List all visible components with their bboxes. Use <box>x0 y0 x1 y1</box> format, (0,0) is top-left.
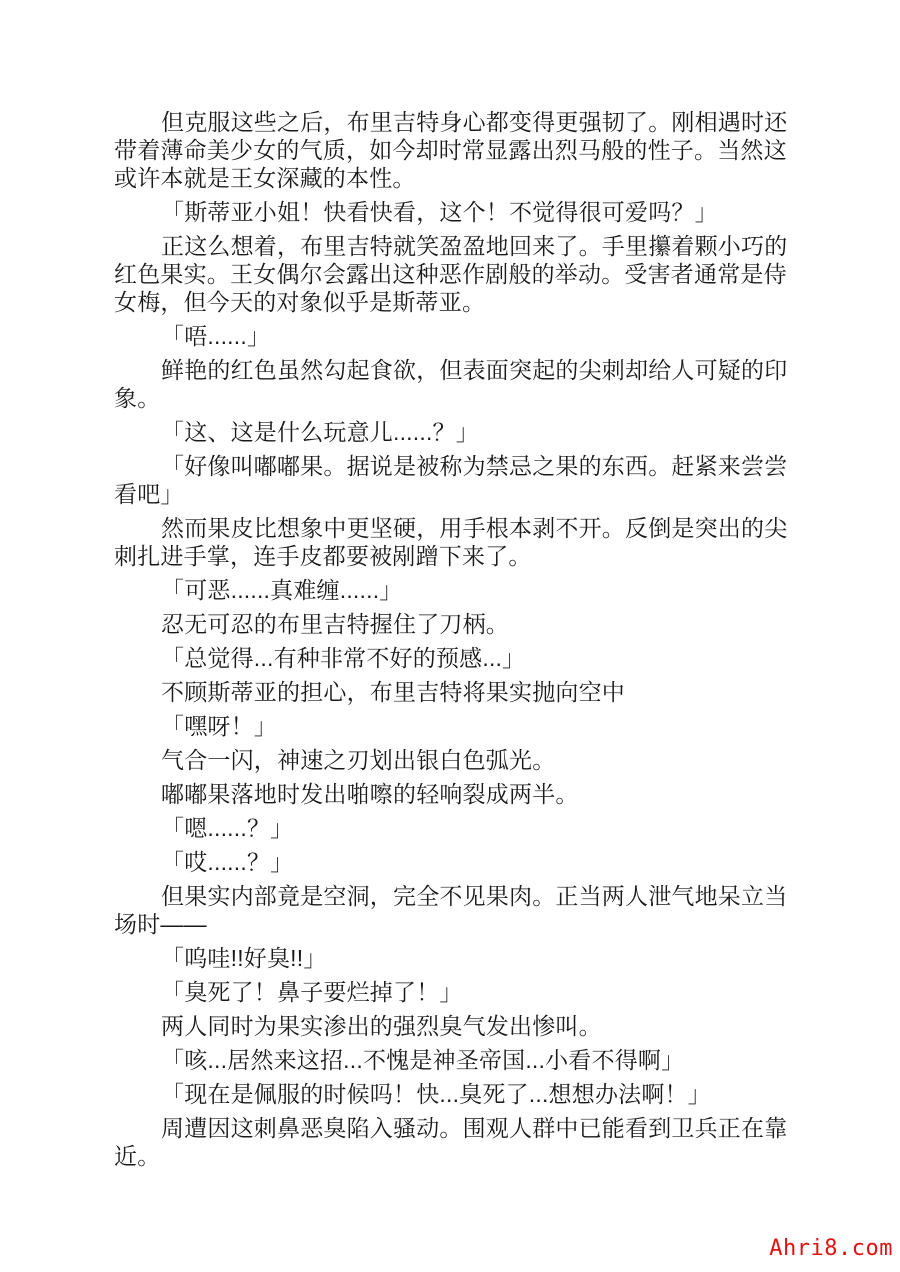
paragraph-dialogue: 「咳...居然来这招...不愧是神圣帝国...小看不得啊」 <box>114 1046 806 1074</box>
site-watermark: Ahri8.com <box>769 1237 893 1261</box>
paragraph: 但果实内部竟是空洞，完全不见果肉。正当两人泄气地呆立当 场时—— <box>114 882 806 938</box>
paragraph: 两人同时为果实渗出的强烈臭气发出惨叫。 <box>114 1012 806 1040</box>
paragraph: 气合一闪，神速之刃划出银白色弧光。 <box>114 746 806 774</box>
text-line: 「臭死了！鼻子要烂掉了！」 <box>114 978 806 1006</box>
text-line: 鲜艳的红色虽然勾起食欲，但表面突起的尖刺却给人可疑的印 <box>114 356 806 384</box>
text-line: 「现在是佩服的时候吗！快...臭死了...想想办法啊！」 <box>114 1080 806 1108</box>
paragraph-dialogue: 「好像叫嘟嘟果。据说是被称为禁忌之果的东西。赶紧来尝尝 看吧」 <box>114 452 806 508</box>
paragraph: 周遭因这刺鼻恶臭陷入骚动。围观人群中已能看到卫兵正在靠 近。 <box>114 1114 806 1170</box>
text-line: 忍无可忍的布里吉特握住了刀柄。 <box>114 610 806 638</box>
text-line: 「这、这是什么玩意儿......？」 <box>114 418 806 446</box>
text-line: 「嘿呀！」 <box>114 712 806 740</box>
paragraph-dialogue: 「总觉得...有种非常不好的预感...」 <box>114 644 806 672</box>
paragraph-dialogue: 「哎......？」 <box>114 848 806 876</box>
text-line: 「嗯......？」 <box>114 814 806 842</box>
text-line: 或许本就是王女深藏的本性。 <box>114 164 806 192</box>
text-line: 「斯蒂亚小姐！快看快看，这个！不觉得很可爱吗？」 <box>114 198 806 226</box>
text-line: 看吧」 <box>114 480 806 508</box>
text-line: 女梅，但今天的对象似乎是斯蒂亚。 <box>114 288 806 316</box>
paragraph-dialogue: 「这、这是什么玩意儿......？」 <box>114 418 806 446</box>
paragraph-dialogue: 「嗯......？」 <box>114 814 806 842</box>
paragraph-dialogue: 「呜哇!!好臭!!」 <box>114 944 806 972</box>
text-line: 「总觉得...有种非常不好的预感...」 <box>114 644 806 672</box>
paragraph-dialogue: 「可恶......真难缠......」 <box>114 576 806 604</box>
text-line: 「好像叫嘟嘟果。据说是被称为禁忌之果的东西。赶紧来尝尝 <box>114 452 806 480</box>
text-line: 不顾斯蒂亚的担心，布里吉特将果实抛向空中 <box>114 678 806 706</box>
text-line: 周遭因这刺鼻恶臭陷入骚动。围观人群中已能看到卫兵正在靠 <box>114 1114 806 1142</box>
paragraph: 然而果皮比想象中更坚硬，用手根本剥不开。反倒是突出的尖 刺扎进手掌，连手皮都要被… <box>114 514 806 570</box>
text-line: 但克服这些之后，布里吉特身心都变得更强韧了。刚相遇时还 <box>114 108 806 136</box>
paragraph: 正这么想着，布里吉特就笑盈盈地回来了。手里攥着颗小巧的 红色果实。王女偶尔会露出… <box>114 232 806 316</box>
text-line: 刺扎进手掌，连手皮都要被剐蹭下来了。 <box>114 542 806 570</box>
paragraph-dialogue: 「嘿呀！」 <box>114 712 806 740</box>
paragraph-dialogue: 「斯蒂亚小姐！快看快看，这个！不觉得很可爱吗？」 <box>114 198 806 226</box>
text-line: 「呜哇!!好臭!!」 <box>114 944 806 972</box>
text-line: 正这么想着，布里吉特就笑盈盈地回来了。手里攥着颗小巧的 <box>114 232 806 260</box>
text-line: 场时—— <box>114 910 806 938</box>
novel-page: { "page": { "background": "#ffffff", "te… <box>0 0 900 1272</box>
text-line: 「咳...居然来这招...不愧是神圣帝国...小看不得啊」 <box>114 1046 806 1074</box>
text-line: 带着薄命美少女的气质，如今却时常显露出烈马般的性子。当然这 <box>114 136 806 164</box>
paragraph: 鲜艳的红色虽然勾起食欲，但表面突起的尖刺却给人可疑的印 象。 <box>114 356 806 412</box>
text-line: 但果实内部竟是空洞，完全不见果肉。正当两人泄气地呆立当 <box>114 882 806 910</box>
paragraph: 但克服这些之后，布里吉特身心都变得更强韧了。刚相遇时还 带着薄命美少女的气质，如… <box>114 108 806 192</box>
novel-text-block: 但克服这些之后，布里吉特身心都变得更强韧了。刚相遇时还 带着薄命美少女的气质，如… <box>114 108 806 1170</box>
text-line: 两人同时为果实渗出的强烈臭气发出惨叫。 <box>114 1012 806 1040</box>
text-line: 象。 <box>114 384 806 412</box>
paragraph-dialogue: 「臭死了！鼻子要烂掉了！」 <box>114 978 806 1006</box>
paragraph: 不顾斯蒂亚的担心，布里吉特将果实抛向空中 <box>114 678 806 706</box>
text-line: 「哎......？」 <box>114 848 806 876</box>
paragraph: 嘟嘟果落地时发出啪嚓的轻响裂成两半。 <box>114 780 806 808</box>
text-line: 「可恶......真难缠......」 <box>114 576 806 604</box>
text-line: 然而果皮比想象中更坚硬，用手根本剥不开。反倒是突出的尖 <box>114 514 806 542</box>
text-line: 近。 <box>114 1142 806 1170</box>
text-line: 「唔......」 <box>114 322 806 350</box>
text-line: 红色果实。王女偶尔会露出这种恶作剧般的举动。受害者通常是侍 <box>114 260 806 288</box>
paragraph-dialogue: 「现在是佩服的时候吗！快...臭死了...想想办法啊！」 <box>114 1080 806 1108</box>
text-line: 嘟嘟果落地时发出啪嚓的轻响裂成两半。 <box>114 780 806 808</box>
paragraph-dialogue: 「唔......」 <box>114 322 806 350</box>
paragraph: 忍无可忍的布里吉特握住了刀柄。 <box>114 610 806 638</box>
text-line: 气合一闪，神速之刃划出银白色弧光。 <box>114 746 806 774</box>
